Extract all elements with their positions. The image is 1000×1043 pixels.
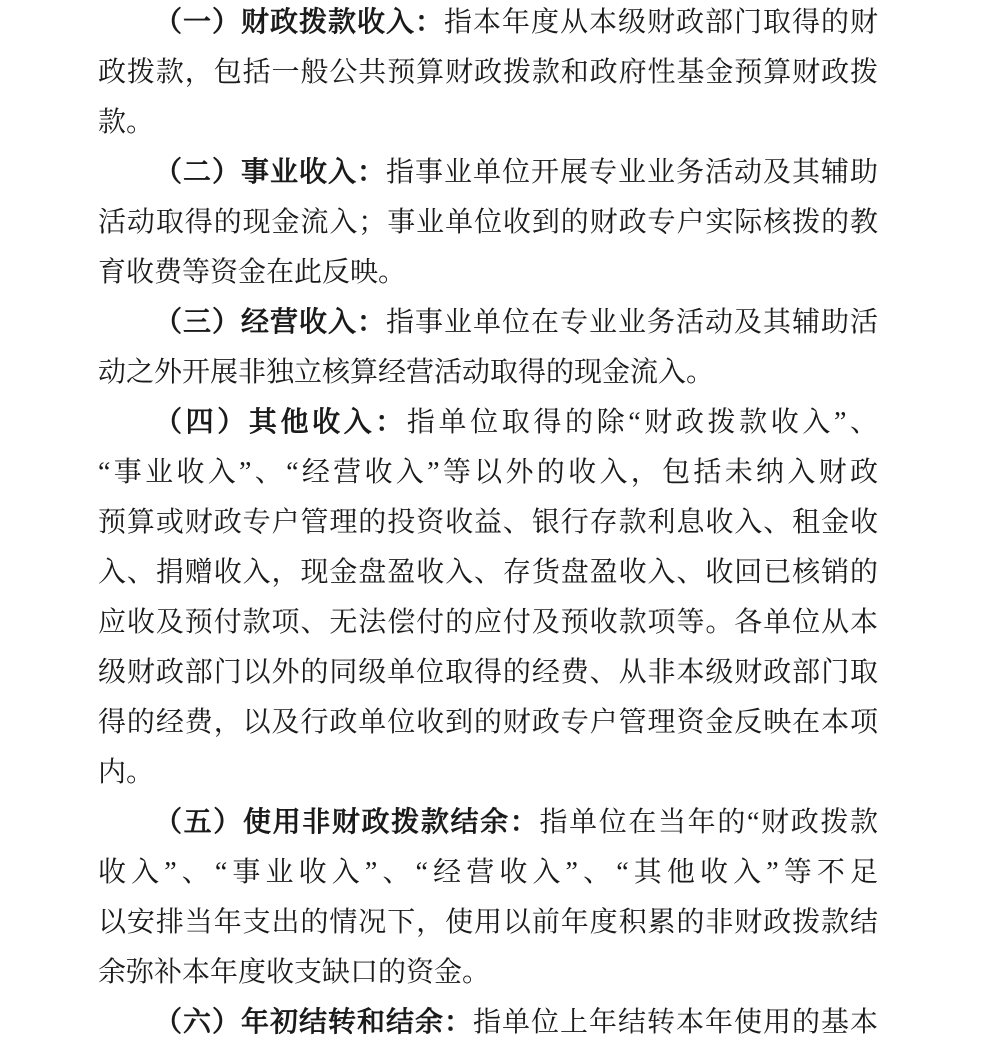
text-line: 入、捐赠收入，现金盘盈收入、存货盘盈收入、收回已核销的	[98, 548, 878, 598]
body-text: 指事业单位在专业业务活动及其辅助活	[386, 307, 878, 338]
text-line: （四）其他收入：指单位取得的除“财政拨款收入”、	[98, 398, 878, 448]
section-heading: （一）财政拨款收入：	[154, 7, 444, 38]
body-text: 指单位上年结转本年使用的基本	[473, 1007, 878, 1038]
text-block: （一）财政拨款收入：指本年度从本级财政部门取得的财政拨款，包括一般公共预算财政拨…	[98, 0, 878, 1043]
section-heading: （四）其他收入：	[154, 407, 407, 438]
body-text: 指单位取得的除“财政拨款收入”、	[407, 407, 878, 438]
body-text: 得的经费，以及行政单位收到的财政专户管理资金反映在本项	[98, 707, 878, 738]
text-line: 以安排当年支出的情况下，使用以前年度积累的非财政拨款结	[98, 898, 878, 948]
text-line: 收入”、“事业收入”、“经营收入”、“其他收入”等不足	[98, 848, 878, 898]
body-text: 以安排当年支出的情况下，使用以前年度积累的非财政拨款结	[98, 907, 878, 938]
body-text: “事业收入”、“经营收入”等以外的收入，包括未纳入财政	[98, 457, 878, 488]
body-text: 政拨款，包括一般公共预算财政拨款和政府性基金预算财政拨	[98, 57, 878, 88]
text-line: （二）事业收入：指事业单位开展专业业务活动及其辅助	[98, 148, 878, 198]
body-text: 活动取得的现金流入；事业单位收到的财政专户实际核拨的教	[98, 207, 878, 238]
body-text: 指本年度从本级财政部门取得的财	[444, 7, 878, 38]
body-text: 级财政部门以外的同级单位取得的经费、从非本级财政部门取	[98, 657, 878, 688]
text-line: 动之外开展非独立核算经营活动取得的现金流入。	[98, 348, 878, 398]
body-text: 育收费等资金在此反映。	[98, 257, 406, 288]
section-heading: （六）年初结转和结余：	[154, 1007, 473, 1038]
document-page: （一）财政拨款收入：指本年度从本级财政部门取得的财政拨款，包括一般公共预算财政拨…	[0, 0, 1000, 1043]
body-text: 动之外开展非独立核算经营活动取得的现金流入。	[98, 357, 714, 388]
text-line: 应收及预付款项、无法偿付的应付及预收款项等。各单位从本	[98, 598, 878, 648]
body-text: 内。	[98, 757, 154, 788]
text-line: 得的经费，以及行政单位收到的财政专户管理资金反映在本项	[98, 698, 878, 748]
section-heading: （五）使用非财政拨款结余：	[154, 807, 539, 838]
text-line: 政拨款，包括一般公共预算财政拨款和政府性基金预算财政拨	[98, 48, 878, 98]
text-line: （五）使用非财政拨款结余：指单位在当年的“财政拨款	[98, 798, 878, 848]
text-line: 款。	[98, 98, 878, 148]
body-text: 收入”、“事业收入”、“经营收入”、“其他收入”等不足	[98, 857, 878, 888]
text-line: （三）经营收入：指事业单位在专业业务活动及其辅助活	[98, 298, 878, 348]
text-line: 活动取得的现金流入；事业单位收到的财政专户实际核拨的教	[98, 198, 878, 248]
body-text: 指事业单位开展专业业务活动及其辅助	[386, 157, 878, 188]
section-heading: （三）经营收入：	[154, 307, 386, 338]
text-line: 预算或财政专户管理的投资收益、银行存款利息收入、租金收	[98, 498, 878, 548]
text-line: 育收费等资金在此反映。	[98, 248, 878, 298]
body-text: 入、捐赠收入，现金盘盈收入、存货盘盈收入、收回已核销的	[98, 557, 878, 588]
text-line: “事业收入”、“经营收入”等以外的收入，包括未纳入财政	[98, 448, 878, 498]
body-text: 应收及预付款项、无法偿付的应付及预收款项等。各单位从本	[98, 607, 878, 638]
text-line: （一）财政拨款收入：指本年度从本级财政部门取得的财	[98, 0, 878, 48]
text-line: 级财政部门以外的同级单位取得的经费、从非本级财政部门取	[98, 648, 878, 698]
text-line: 内。	[98, 748, 878, 798]
body-text: 指单位在当年的“财政拨款	[539, 807, 878, 838]
text-line: （六）年初结转和结余：指单位上年结转本年使用的基本	[98, 998, 878, 1043]
section-heading: （二）事业收入：	[154, 157, 386, 188]
body-text: 预算或财政专户管理的投资收益、银行存款利息收入、租金收	[98, 507, 878, 538]
text-line: 余弥补本年度收支缺口的资金。	[98, 948, 878, 998]
body-text: 款。	[98, 107, 154, 138]
body-text: 余弥补本年度收支缺口的资金。	[98, 957, 490, 988]
